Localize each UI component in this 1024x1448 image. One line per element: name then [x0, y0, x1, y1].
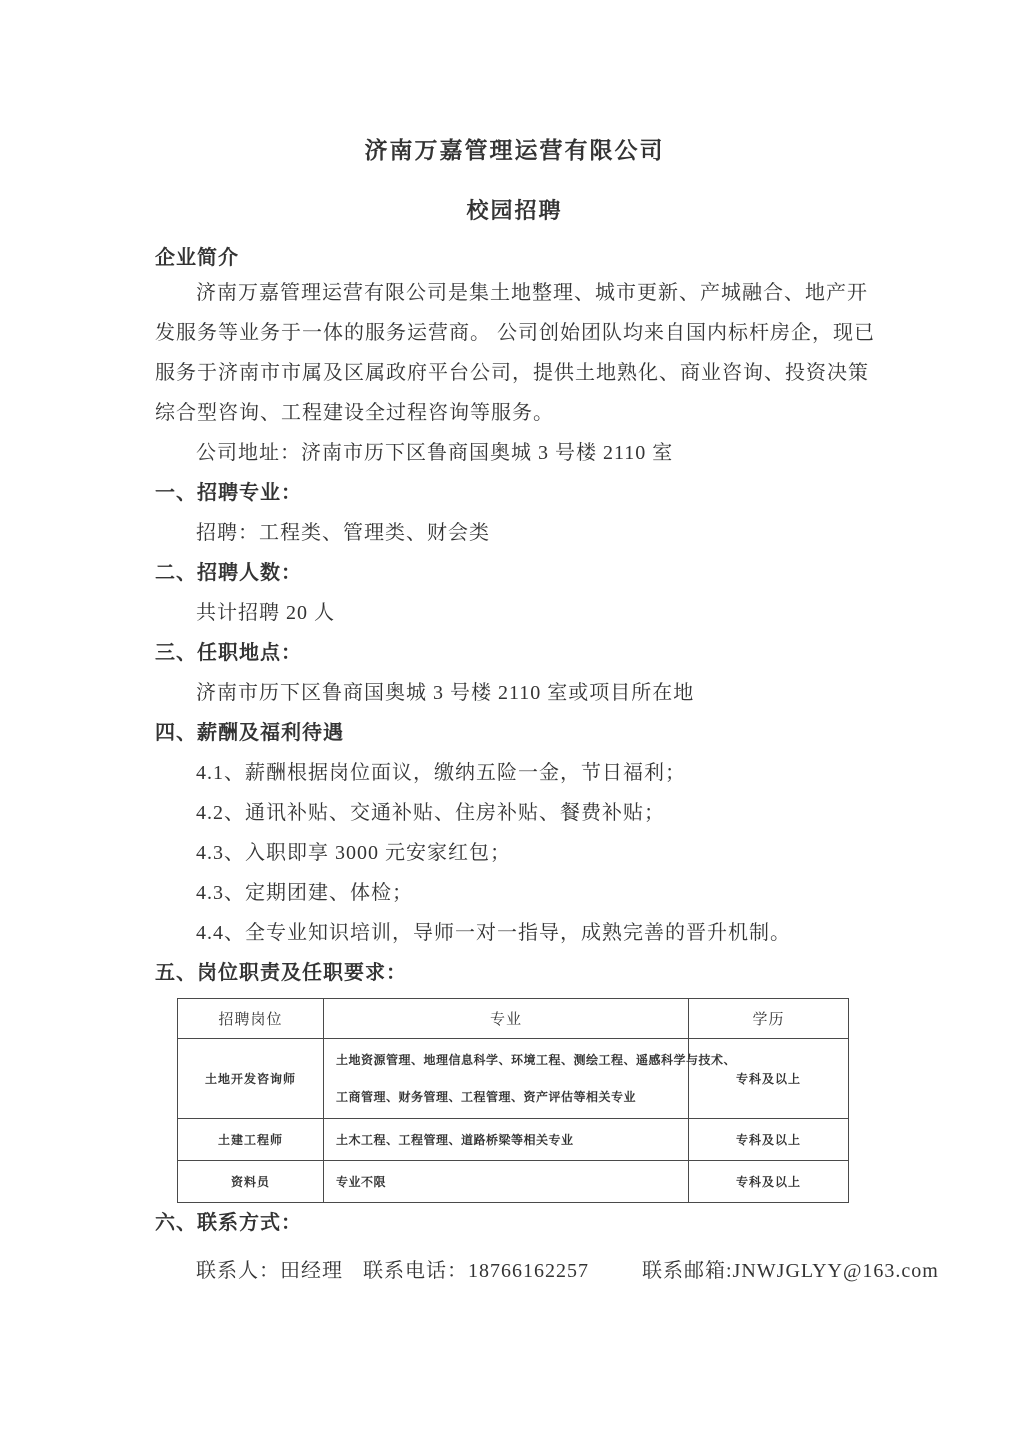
section-heading-headcount: 二、招聘人数： [155, 553, 874, 593]
location-line: 济南市历下区鲁商国奥城 3 号楼 2110 室或项目所在地 [155, 673, 874, 713]
benefit-item: 4.2、通讯补贴、交通补贴、住房补贴、餐费补贴； [155, 793, 874, 833]
benefit-item: 4.3、入职即享 3000 元安家红包； [155, 833, 874, 873]
intro-paragraph-line: 发服务等业务于一体的服务运营商。 公司创始团队均来自国内标杆房企，现已 [155, 313, 874, 353]
table-row: 土建工程师 土木工程、工程管理、道路桥梁等相关专业 专科及以上 [178, 1119, 849, 1161]
table-row: 土地开发咨询师 土地资源管理、地理信息科学、环境工程、测绘工程、遥感科学与技术、… [178, 1039, 849, 1119]
intro-heading: 企业简介 [155, 243, 874, 273]
benefit-item: 4.1、薪酬根据岗位面议，缴纳五险一金，节日福利； [155, 753, 874, 793]
table-header-degree: 学历 [689, 999, 849, 1039]
intro-paragraph-line: 服务于济南市市属及区属政府平台公司，提供土地熟化、商业咨询、投资决策 [155, 353, 874, 393]
contact-person: 联系人：田经理 [196, 1260, 343, 1282]
post-cell: 土地开发咨询师 [178, 1039, 324, 1119]
section-heading-requirements: 五、岗位职责及任职要求： [155, 953, 874, 993]
section-heading-majors: 一、招聘专业： [155, 473, 874, 513]
contact-phone: 联系电话：18766162257 [363, 1260, 589, 1282]
section-heading-location: 三、任职地点： [155, 633, 874, 673]
intro-paragraph-line: 济南万嘉管理运营有限公司是集土地整理、城市更新、产城融合、地产开 [155, 273, 874, 313]
document-page: 济南万嘉管理运营有限公司 校园招聘 企业简介 济南万嘉管理运营有限公司是集土地整… [0, 0, 1024, 1448]
table-header-major: 专业 [324, 999, 689, 1039]
degree-cell: 专科及以上 [689, 1039, 849, 1119]
degree-cell: 专科及以上 [689, 1161, 849, 1203]
section-heading-contact: 六、联系方式： [155, 1203, 874, 1243]
table-header-post: 招聘岗位 [178, 999, 324, 1039]
document-title: 济南万嘉管理运营有限公司 [155, 136, 874, 166]
section-heading-benefits: 四、薪酬及福利待遇 [155, 713, 874, 753]
requirements-table: 招聘岗位 专业 学历 土地开发咨询师 土地资源管理、地理信息科学、环境工程、测绘… [177, 998, 849, 1203]
table-header-row: 招聘岗位 专业 学历 [178, 999, 849, 1039]
majors-line: 招聘：工程类、管理类、财会类 [155, 513, 874, 553]
benefit-item: 4.3、定期团建、体检； [155, 873, 874, 913]
contact-line: 联系人：田经理联系电话：18766162257联系邮箱:JNWJGLYY@163… [155, 1251, 874, 1291]
contact-email: 联系邮箱:JNWJGLYY@163.com [642, 1260, 939, 1282]
degree-cell: 专科及以上 [689, 1119, 849, 1161]
document-subtitle: 校园招聘 [155, 196, 874, 226]
major-cell: 专业不限 [324, 1161, 689, 1203]
post-cell: 资料员 [178, 1161, 324, 1203]
intro-paragraph-line: 综合型咨询、工程建设全过程咨询等服务。 [155, 393, 874, 433]
major-line: 工商管理、财务管理、工程管理、资产评估等相关专业 [336, 1079, 680, 1116]
headcount-line: 共计招聘 20 人 [155, 593, 874, 633]
table-row: 资料员 专业不限 专科及以上 [178, 1161, 849, 1203]
major-line: 土地资源管理、地理信息科学、环境工程、测绘工程、遥感科学与技术、 [336, 1042, 680, 1079]
company-address-line: 公司地址：济南市历下区鲁商国奥城 3 号楼 2110 室 [155, 433, 874, 473]
major-cell: 土木工程、工程管理、道路桥梁等相关专业 [324, 1119, 689, 1161]
benefit-item: 4.4、全专业知识培训，导师一对一指导，成熟完善的晋升机制。 [155, 913, 874, 953]
major-cell: 土地资源管理、地理信息科学、环境工程、测绘工程、遥感科学与技术、 工商管理、财务… [324, 1039, 689, 1119]
post-cell: 土建工程师 [178, 1119, 324, 1161]
